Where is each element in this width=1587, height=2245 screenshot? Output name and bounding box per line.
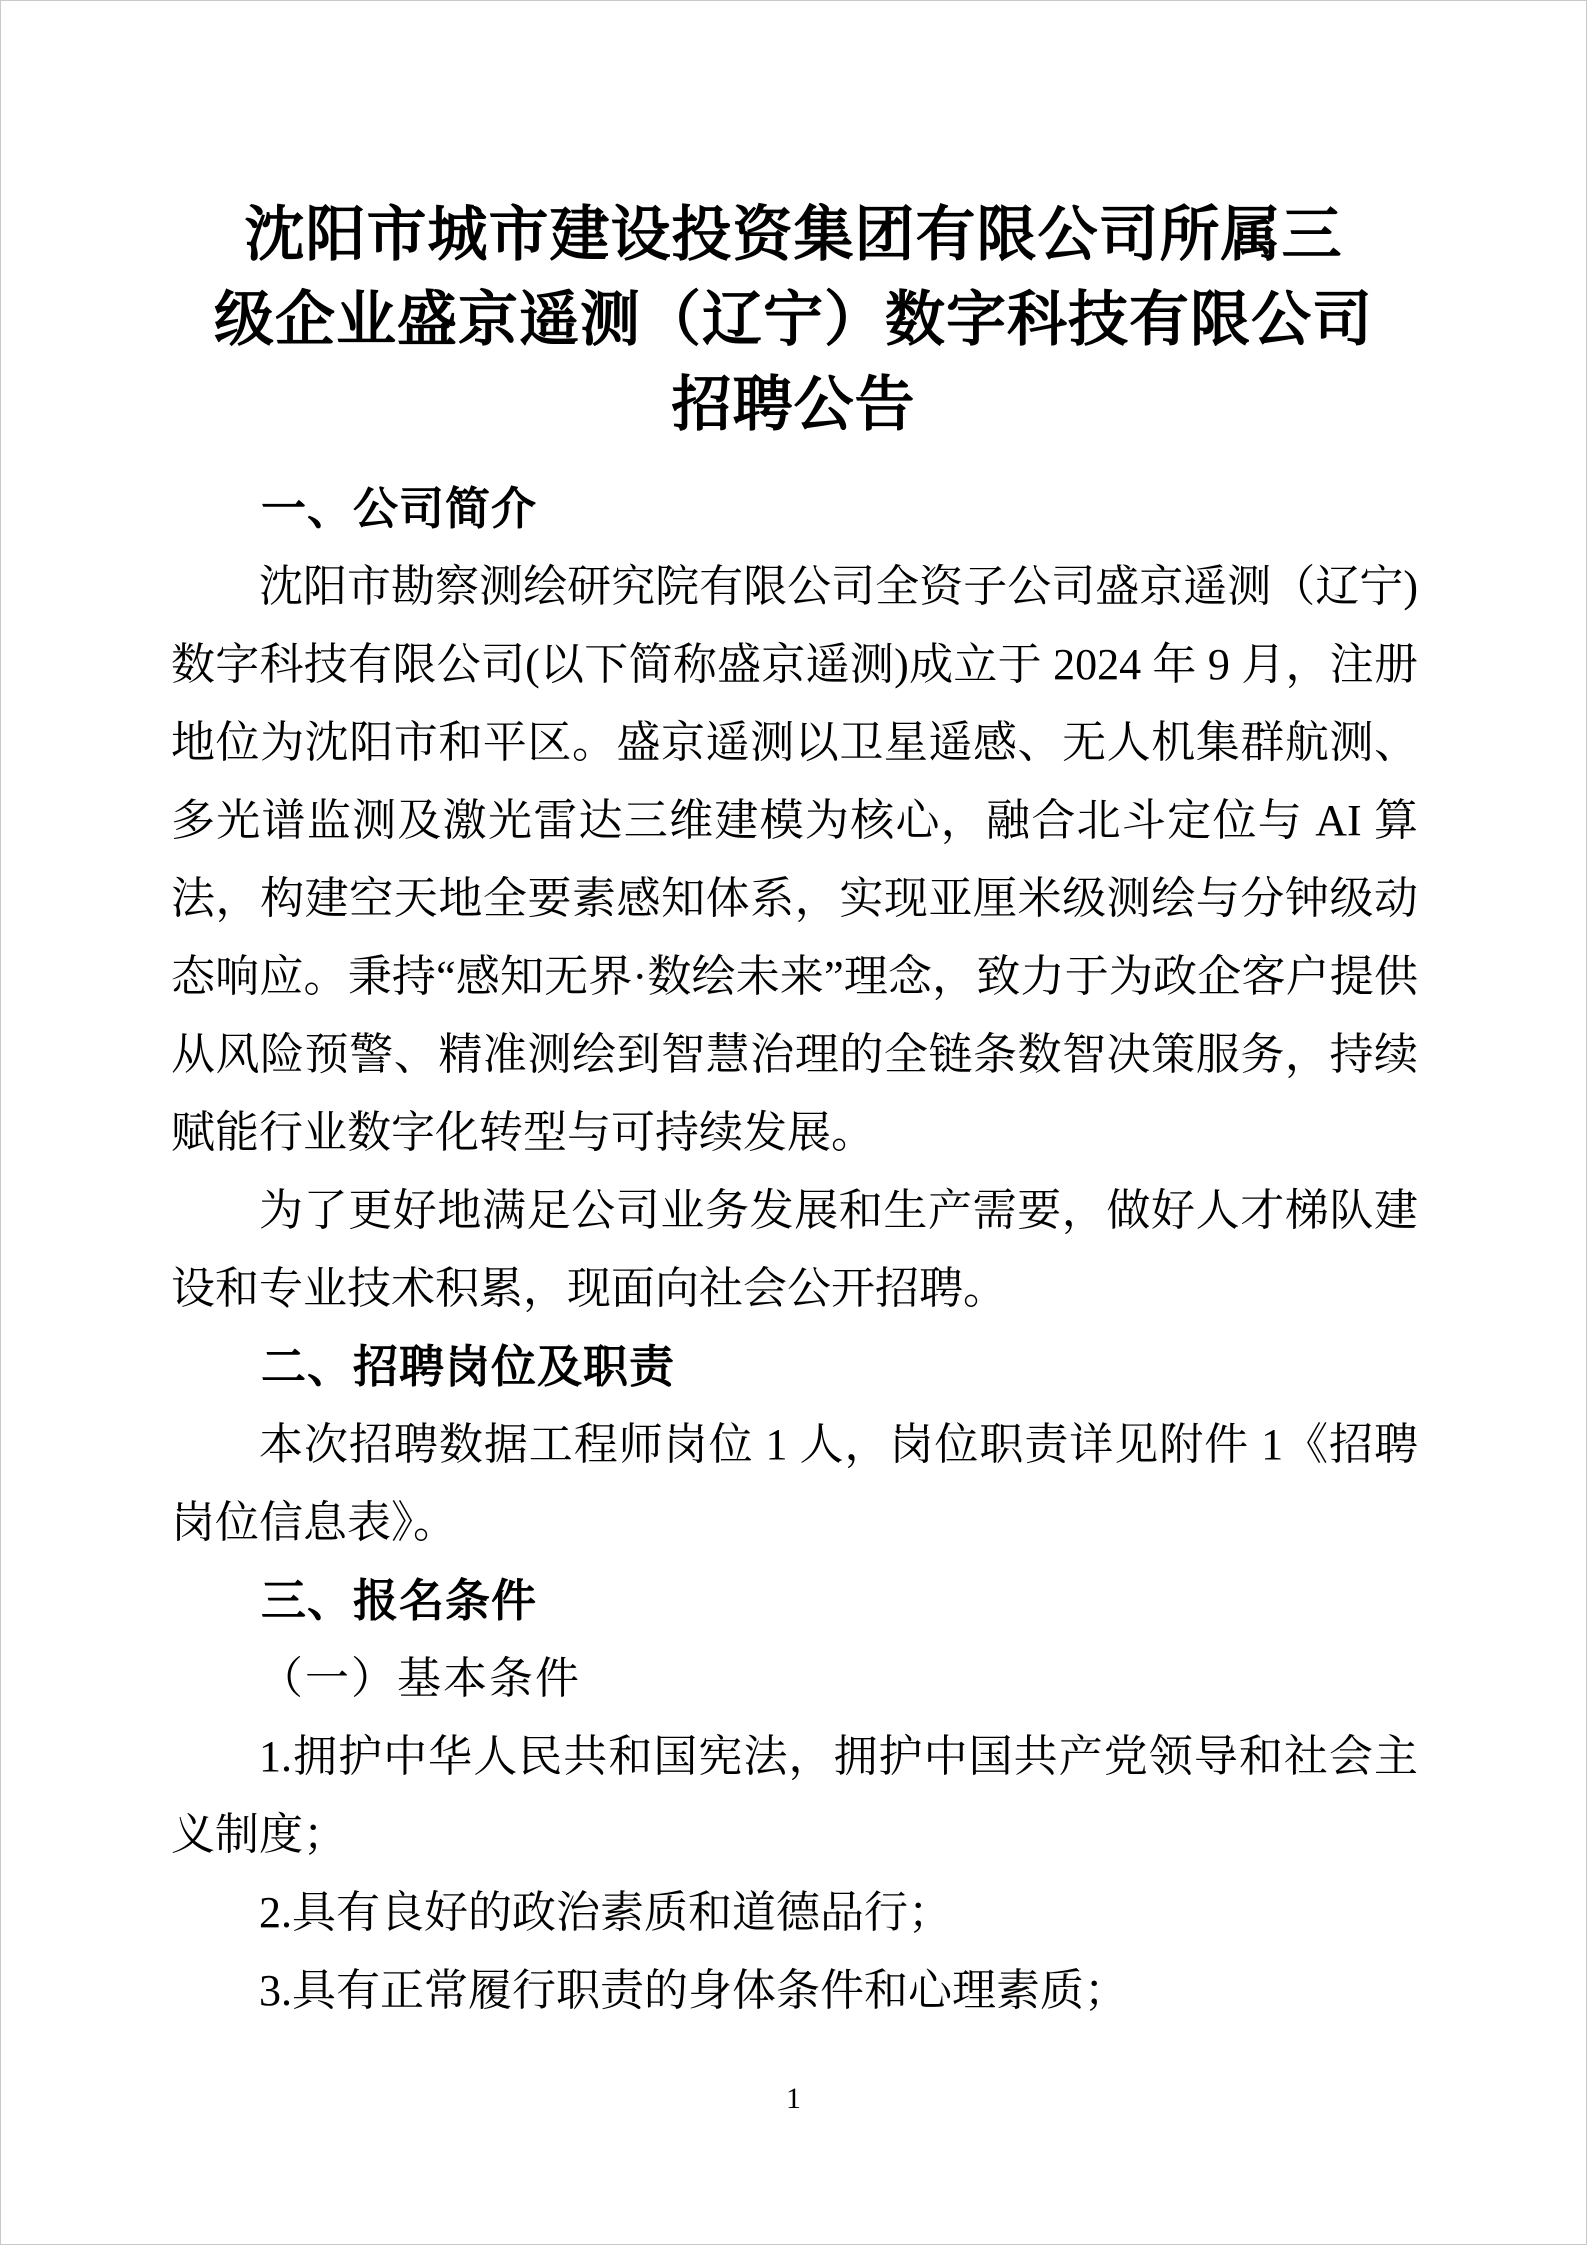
document-title: 沈阳市城市建设投资集团有限公司所属三 级企业盛京遥测（辽宁）数字科技有限公司 招…: [1, 1, 1586, 448]
list-item-condition-2: 2.具有良好的政治素质和道德品行；: [171, 1874, 1418, 1952]
paragraph-position-info: 本次招聘数据工程师岗位 1 人，岗位职责详见附件 1《招聘岗位信息表》。: [171, 1406, 1418, 1562]
document-page: 沈阳市城市建设投资集团有限公司所属三 级企业盛京遥测（辽宁）数字科技有限公司 招…: [0, 0, 1587, 2245]
title-line-1: 沈阳市城市建设投资集团有限公司所属三: [121, 193, 1466, 278]
page-number: 1: [1, 2082, 1586, 2116]
section-heading-requirements: 三、报名条件: [171, 1562, 1418, 1640]
document-body: 一、公司简介 沈阳市勘察测绘研究院有限公司全资子公司盛京遥测（辽宁)数字科技有限…: [171, 470, 1418, 2030]
paragraph-company-intro: 沈阳市勘察测绘研究院有限公司全资子公司盛京遥测（辽宁)数字科技有限公司(以下简称…: [171, 548, 1418, 1172]
paragraph-recruitment-purpose: 为了更好地满足公司业务发展和生产需要，做好人才梯队建设和专业技术积累，现面向社会…: [171, 1172, 1418, 1328]
list-item-condition-3: 3.具有正常履行职责的身体条件和心理素质；: [171, 1952, 1418, 2030]
section-heading-positions: 二、招聘岗位及职责: [171, 1328, 1418, 1406]
title-line-2: 级企业盛京遥测（辽宁）数字科技有限公司: [121, 278, 1466, 363]
subsection-heading-basic-conditions: （一）基本条件: [171, 1640, 1418, 1718]
title-line-3: 招聘公告: [121, 363, 1466, 448]
list-item-condition-1: 1.拥护中华人民共和国宪法，拥护中国共产党领导和社会主义制度；: [171, 1718, 1418, 1874]
section-heading-company-intro: 一、公司简介: [171, 470, 1418, 548]
